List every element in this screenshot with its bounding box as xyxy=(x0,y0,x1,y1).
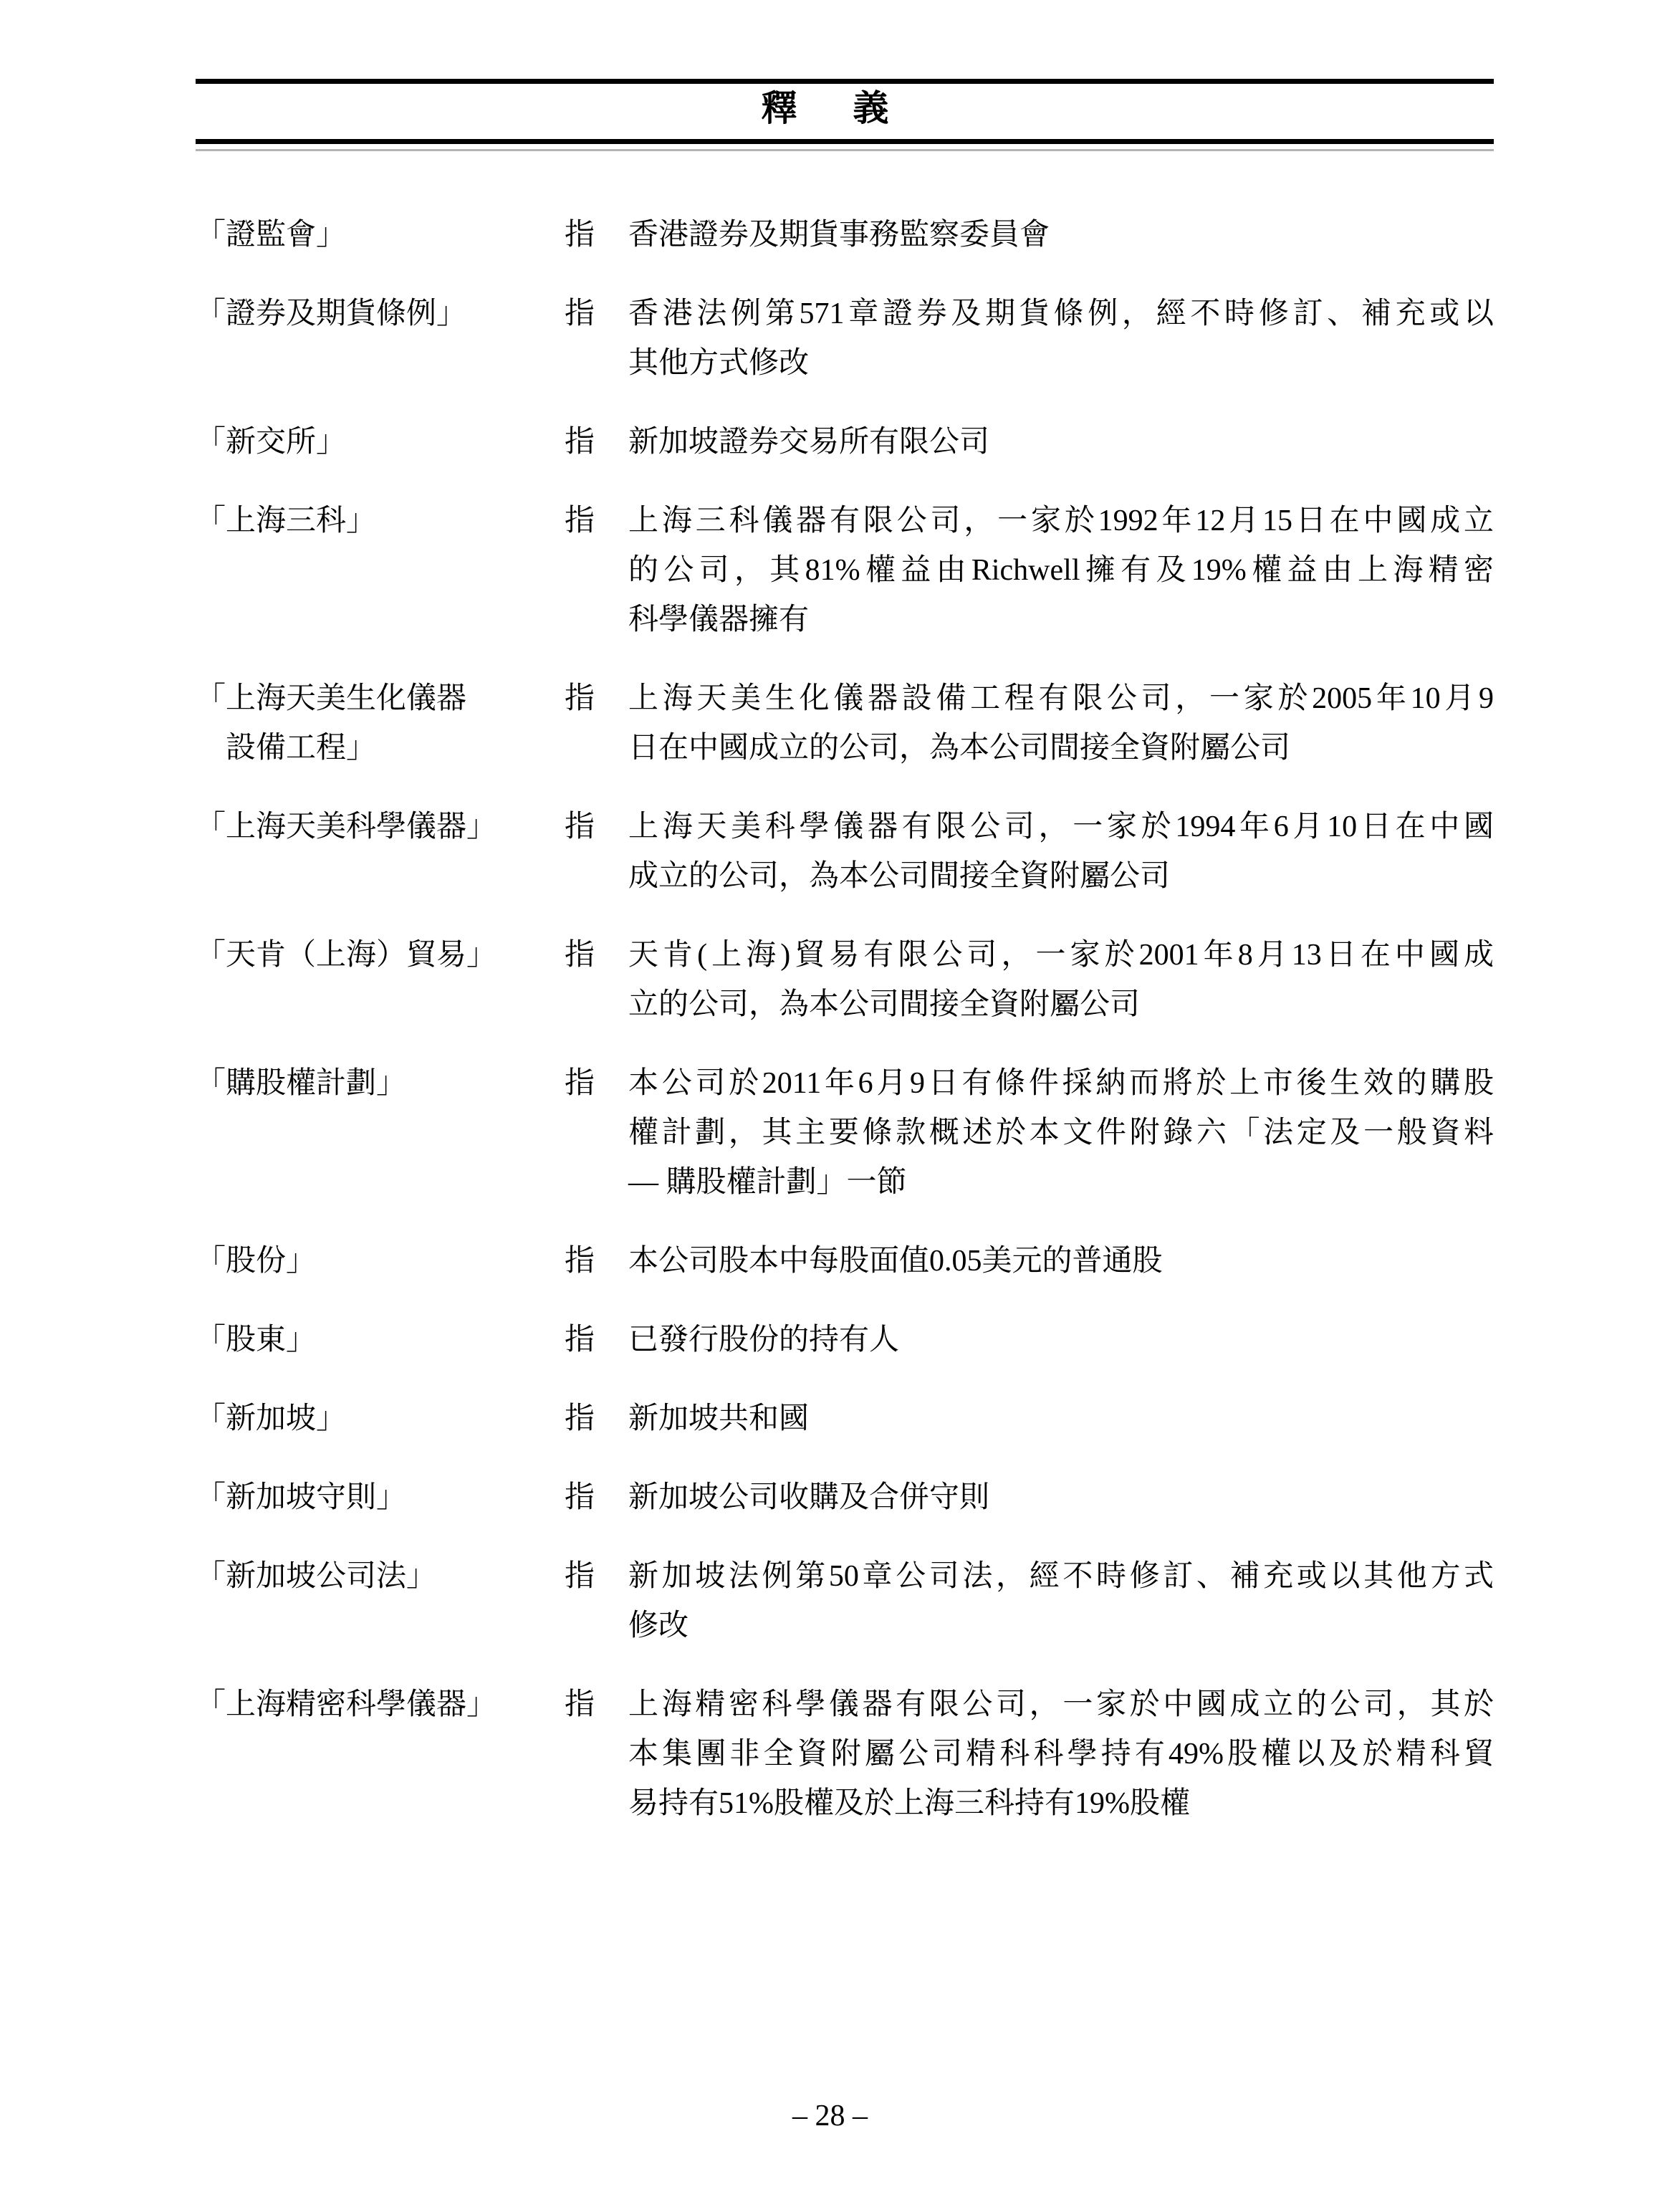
definition-connector: 指 xyxy=(565,674,628,724)
page-footer: – 28 – xyxy=(0,2098,1660,2134)
definition-term: 「購股權計劃」 xyxy=(196,1059,565,1109)
definition-term: 「上海天美科學儀器」 xyxy=(196,803,565,852)
definition-connector: 指 xyxy=(565,497,628,546)
definition-line: 新加坡法例第50章公司法，經不時修訂、補充或以其他方式 xyxy=(628,1552,1494,1601)
definition-line: — 購股權計劃」一節 xyxy=(628,1158,1494,1207)
document-page: 釋 義 「證監會」指香港證券及期貨事務監察委員會「證券及期貨條例」指香港法例第5… xyxy=(0,0,1660,2212)
definition-entry: 「天肯（上海）貿易」指天肯(上海)貿易有限公司，一家於2001年8月13日在中國… xyxy=(196,931,1494,1030)
definition-line: 易持有51%股權及於上海三科持有19%股權 xyxy=(628,1779,1494,1829)
definition-entry: 「股份」指本公司股本中每股面值0.05美元的普通股 xyxy=(196,1237,1494,1286)
definition-text: 香港法例第571章證券及期貨條例，經不時修訂、補充或以其他方式修改 xyxy=(628,289,1494,388)
page-number: – 28 – xyxy=(792,2100,868,2132)
definition-term: 「天肯（上海）貿易」 xyxy=(196,931,565,980)
definition-line: 權計劃，其主要條款概述於本文件附錄六「法定及一般資料 xyxy=(628,1109,1494,1158)
definition-line: 本公司於2011年6月9日有條件採納而將於上市後生效的購股 xyxy=(628,1059,1494,1109)
definition-term: 「上海天美生化儀器 設備工程」 xyxy=(196,674,565,773)
definition-entry: 「新加坡守則」指新加坡公司收購及合併守則 xyxy=(196,1473,1494,1523)
header-rule-top xyxy=(196,79,1494,84)
definition-term: 「股份」 xyxy=(196,1237,565,1286)
definition-connector: 指 xyxy=(565,211,628,260)
definition-term: 「股東」 xyxy=(196,1316,565,1365)
definition-entry: 「新交所」指新加坡證券交易所有限公司 xyxy=(196,418,1494,467)
definition-line: 香港法例第571章證券及期貨條例，經不時修訂、補充或以 xyxy=(628,289,1494,339)
definition-connector: 指 xyxy=(565,1473,628,1523)
definition-entry: 「上海精密科學儀器」指上海精密科學儀器有限公司，一家於中國成立的公司，其於本集團… xyxy=(196,1680,1494,1829)
definition-term: 「新交所」 xyxy=(196,418,565,467)
definition-text: 上海精密科學儀器有限公司，一家於中國成立的公司，其於本集團非全資附屬公司精科科學… xyxy=(628,1680,1494,1829)
definition-connector: 指 xyxy=(565,931,628,980)
definition-line: 已發行股份的持有人 xyxy=(628,1316,1494,1365)
definition-line: 新加坡公司收購及合併守則 xyxy=(628,1473,1494,1523)
definition-text: 上海天美科學儀器有限公司，一家於1994年6月10日在中國成立的公司，為本公司間… xyxy=(628,803,1494,901)
definition-line: 上海天美科學儀器有限公司，一家於1994年6月10日在中國 xyxy=(628,803,1494,852)
definition-connector: 指 xyxy=(565,1237,628,1286)
definition-term: 「新加坡守則」 xyxy=(196,1473,565,1523)
definition-entry: 「新加坡」指新加坡共和國 xyxy=(196,1394,1494,1444)
definition-entry: 「新加坡公司法」指新加坡法例第50章公司法，經不時修訂、補充或以其他方式修改 xyxy=(196,1552,1494,1651)
page-title: 釋 義 xyxy=(0,87,1660,129)
definition-entry: 「上海天美科學儀器」指上海天美科學儀器有限公司，一家於1994年6月10日在中國… xyxy=(196,803,1494,901)
definition-line: 上海三科儀器有限公司，一家於1992年12月15日在中國成立 xyxy=(628,497,1494,546)
definition-line: 新加坡共和國 xyxy=(628,1394,1494,1444)
definition-term: 「上海精密科學儀器」 xyxy=(196,1680,565,1730)
definition-line: 日在中國成立的公司，為本公司間接全資附屬公司 xyxy=(628,724,1494,773)
definition-text: 本公司股本中每股面值0.05美元的普通股 xyxy=(628,1237,1494,1286)
definition-text: 新加坡證券交易所有限公司 xyxy=(628,418,1494,467)
definition-text: 香港證券及期貨事務監察委員會 xyxy=(628,211,1494,260)
definition-entry: 「上海三科」指上海三科儀器有限公司，一家於1992年12月15日在中國成立的公司… xyxy=(196,497,1494,645)
definition-connector: 指 xyxy=(565,289,628,339)
definition-text: 本公司於2011年6月9日有條件採納而將於上市後生效的購股權計劃，其主要條款概述… xyxy=(628,1059,1494,1207)
definition-term: 「新加坡」 xyxy=(196,1394,565,1444)
definition-text: 已發行股份的持有人 xyxy=(628,1316,1494,1365)
definition-connector: 指 xyxy=(565,1552,628,1601)
definition-term: 「上海三科」 xyxy=(196,497,565,546)
definition-connector: 指 xyxy=(565,1394,628,1444)
definition-term: 「證券及期貨條例」 xyxy=(196,289,565,339)
definition-connector: 指 xyxy=(565,1680,628,1730)
definition-line: 立的公司，為本公司間接全資附屬公司 xyxy=(628,980,1494,1030)
definition-entry: 「上海天美生化儀器 設備工程」指上海天美生化儀器設備工程有限公司，一家於2005… xyxy=(196,674,1494,773)
definition-connector: 指 xyxy=(565,418,628,467)
definition-line: 上海精密科學儀器有限公司，一家於中國成立的公司，其於 xyxy=(628,1680,1494,1730)
definition-entry: 「證券及期貨條例」指香港法例第571章證券及期貨條例，經不時修訂、補充或以其他方… xyxy=(196,289,1494,388)
definition-line: 本集團非全資附屬公司精科科學持有49%股權以及於精科貿 xyxy=(628,1730,1494,1779)
definition-term: 「證監會」 xyxy=(196,211,565,260)
definition-line: 的公司，其81%權益由Richwell擁有及19%權益由上海精密 xyxy=(628,546,1494,595)
definition-connector: 指 xyxy=(565,1316,628,1365)
definition-connector: 指 xyxy=(565,1059,628,1109)
header-rule-shadow xyxy=(196,149,1494,151)
definition-entry: 「證監會」指香港證券及期貨事務監察委員會 xyxy=(196,211,1494,260)
definition-line: 本公司股本中每股面值0.05美元的普通股 xyxy=(628,1237,1494,1286)
definition-term: 「新加坡公司法」 xyxy=(196,1552,565,1601)
definitions-list: 「證監會」指香港證券及期貨事務監察委員會「證券及期貨條例」指香港法例第571章證… xyxy=(196,211,1494,1858)
definition-entry: 「購股權計劃」指本公司於2011年6月9日有條件採納而將於上市後生效的購股權計劃… xyxy=(196,1059,1494,1207)
definition-line: 天肯(上海)貿易有限公司，一家於2001年8月13日在中國成 xyxy=(628,931,1494,980)
definition-text: 新加坡共和國 xyxy=(628,1394,1494,1444)
definition-line: 科學儀器擁有 xyxy=(628,595,1494,645)
definition-text: 上海三科儀器有限公司，一家於1992年12月15日在中國成立的公司，其81%權益… xyxy=(628,497,1494,645)
definition-line: 修改 xyxy=(628,1601,1494,1651)
definition-line: 上海天美生化儀器設備工程有限公司，一家於2005年10月9 xyxy=(628,674,1494,724)
definition-text: 新加坡法例第50章公司法，經不時修訂、補充或以其他方式修改 xyxy=(628,1552,1494,1651)
definition-line: 新加坡證券交易所有限公司 xyxy=(628,418,1494,467)
header-rule-bottom xyxy=(196,139,1494,144)
definition-entry: 「股東」指已發行股份的持有人 xyxy=(196,1316,1494,1365)
definition-text: 上海天美生化儀器設備工程有限公司，一家於2005年10月9日在中國成立的公司，為… xyxy=(628,674,1494,773)
definition-line: 成立的公司，為本公司間接全資附屬公司 xyxy=(628,852,1494,901)
definition-line: 香港證券及期貨事務監察委員會 xyxy=(628,211,1494,260)
definition-connector: 指 xyxy=(565,803,628,852)
definition-text: 新加坡公司收購及合併守則 xyxy=(628,1473,1494,1523)
definition-line: 其他方式修改 xyxy=(628,339,1494,388)
definition-text: 天肯(上海)貿易有限公司，一家於2001年8月13日在中國成立的公司，為本公司間… xyxy=(628,931,1494,1030)
